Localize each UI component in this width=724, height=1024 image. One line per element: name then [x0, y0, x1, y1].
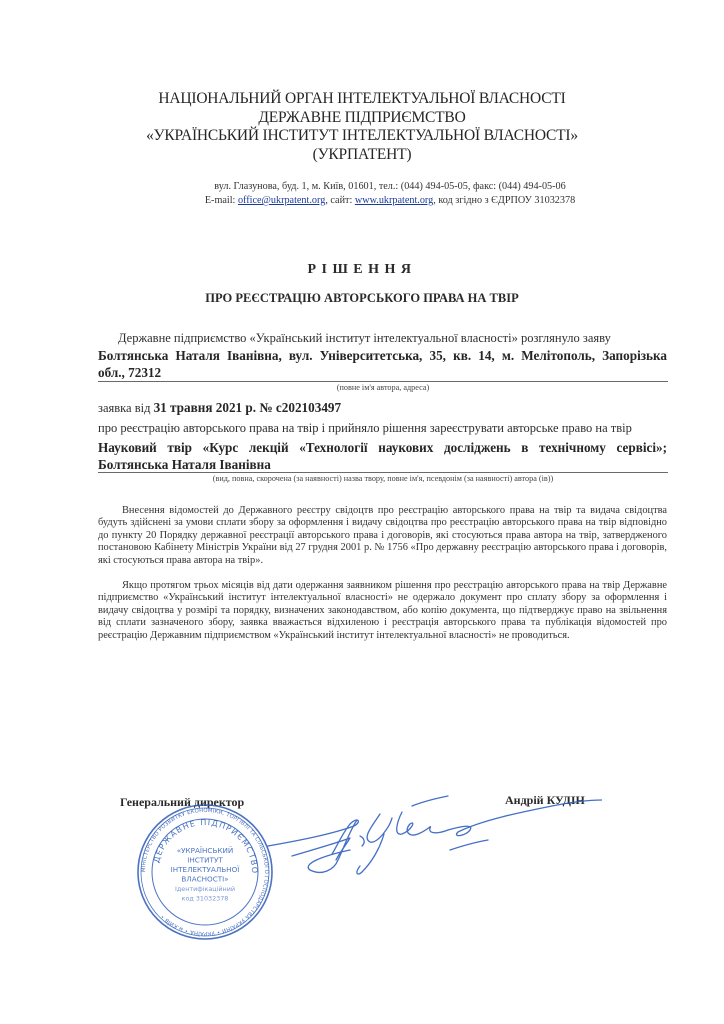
letterhead-line-4: (УКРПАТЕНТ)	[0, 146, 724, 164]
handwritten-signature-icon	[262, 790, 602, 880]
work-title-line-1: Науковий твір «Курс лекцій «Технології н…	[98, 440, 667, 456]
email-link[interactable]: office@ukrpatent.org	[238, 195, 325, 206]
application-prefix: заявка від	[98, 401, 154, 415]
official-stamp-icon: МІНІСТЕРСТВО РОЗВИТКУ ЕКОНОМІКИ, ТОРГІВЛ…	[136, 803, 274, 941]
letterhead-line-2: ДЕРЖАВНЕ ПІДПРИЄМСТВО	[0, 109, 724, 127]
paragraph-fee-conditions: Внесення відомостей до Державного реєстр…	[98, 505, 667, 567]
application-date-number: 31 травня 2021 р. № с202103497	[154, 400, 342, 415]
stamp-center-line: ІНСТИТУТ	[187, 856, 223, 865]
applicant-caption: (повне ім'я автора, адреса)	[98, 383, 668, 392]
work-caption: (вид, повна, скорочена (за наявності) на…	[98, 474, 668, 483]
edrpou-code: , код згідно з ЄДРПОУ 31032378	[433, 195, 575, 206]
letterhead-line-3: «УКРАЇНСЬКИЙ ІНСТИТУТ ІНТЕЛЕКТУАЛЬНОЇ ВЛ…	[0, 127, 724, 145]
intro-text: Державне підприємство «Український інсти…	[118, 331, 611, 346]
stamp-center-line: Ідентифікаційний	[175, 885, 235, 893]
applicant-line-2: обл., 72312	[98, 365, 161, 381]
stamp-center-line: «УКРАЇНСЬКИЙ	[177, 846, 233, 855]
work-title-line-2: Болтянська Наталя Іванівна	[98, 457, 271, 473]
paragraph-1-text: Внесення відомостей до Державного реєстр…	[98, 505, 667, 566]
contact-address: вул. Глазунова, буд. 1, м. Київ, 01601, …	[28, 181, 724, 192]
site-label: , сайт:	[325, 195, 355, 206]
paragraph-rejection-conditions: Якщо протягом трьох місяців від дати оде…	[98, 580, 667, 642]
website-link[interactable]: www.ukrpatent.org	[355, 195, 433, 206]
email-label: E-mail:	[205, 195, 238, 206]
contact-line-2: E-mail: office@ukrpatent.org, сайт: www.…	[28, 195, 724, 206]
stamp-center-line: ВЛАСНОСТІ»	[181, 875, 228, 884]
document-title: РІШЕННЯ	[0, 262, 724, 278]
letterhead-line-1: НАЦІОНАЛЬНИЙ ОРГАН ІНТЕЛЕКТУАЛЬНОЇ ВЛАСН…	[0, 90, 724, 108]
document-subtitle: ПРО РЕЄСТРАЦІЮ АВТОРСЬКОГО ПРАВА НА ТВІР	[0, 291, 724, 306]
application-line: заявка від 31 травня 2021 р. № с20210349…	[98, 400, 341, 416]
work-underline	[98, 472, 668, 473]
applicant-line-1: Болтянська Наталя Іванівна, вул. Універс…	[98, 348, 667, 364]
stamp-center-line: ІНТЕЛЕКТУАЛЬНОЇ	[171, 865, 241, 874]
applicant-underline	[98, 381, 668, 382]
paragraph-2-text: Якщо протягом трьох місяців від дати оде…	[98, 580, 667, 641]
stamp-center-line: код 31032378	[182, 895, 229, 903]
decision-text: про реєстрацію авторського права на твір…	[98, 421, 632, 436]
